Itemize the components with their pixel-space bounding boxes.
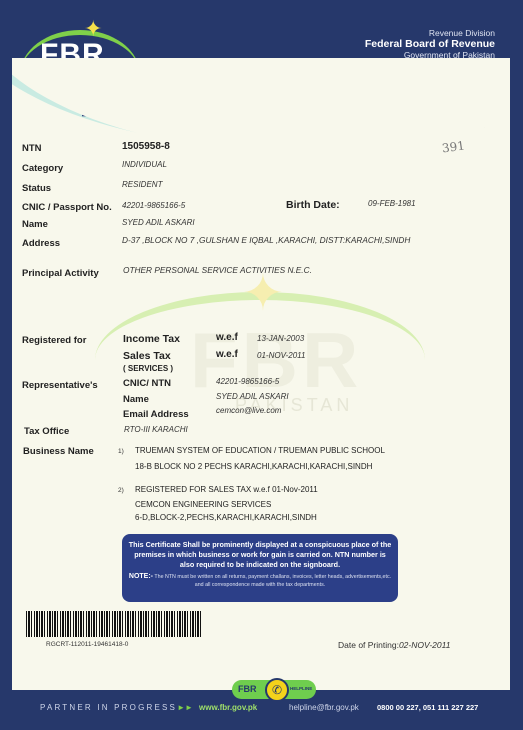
business-entry-line: REGISTERED FOR SALES TAX w.e.f 01-Nov-20… — [135, 485, 318, 494]
watermark-star-icon: ✦ — [242, 268, 284, 318]
org-header: Revenue Division Federal Board of Revenu… — [365, 28, 495, 60]
helpline-badge: FBR ✆ HELPLINE — [232, 680, 316, 699]
footer-website-link[interactable]: www.fbr.gov.pk — [199, 703, 257, 712]
representative-label: Representative's — [22, 380, 98, 391]
address-label: Address — [22, 238, 60, 249]
decorative-swoosh-inner — [12, 58, 510, 153]
footer-phones: 0800 00 227, 051 111 227 227 — [377, 703, 478, 712]
sales-tax-wef: w.e.f — [216, 349, 238, 360]
business-entry-number: 1) — [118, 448, 124, 455]
star-icon: ✦ — [84, 18, 102, 40]
notice-note: NOTE:- The NTN must be written on all re… — [122, 573, 398, 589]
tax-office-value: RTO-III KARACHI — [124, 425, 188, 434]
notice-main-text: This Certificate Shall be prominently di… — [122, 540, 398, 570]
category-label: Category — [22, 163, 63, 174]
cnic-label: CNIC / Passport No. — [22, 202, 112, 213]
barcode — [26, 611, 201, 637]
address-value: D-37 ,BLOCK NO 7 ,GULSHAN E IQBAL ,KARAC… — [122, 235, 410, 245]
footer-tagline: PARTNER IN PROGRESS►► — [40, 703, 193, 712]
division-text: Revenue Division — [365, 28, 495, 38]
org-name: Federal Board of Revenue — [365, 38, 495, 50]
rep-email-value: cemcon@live.com — [216, 406, 281, 415]
cnic-value: 42201-9865166-5 — [122, 201, 185, 210]
business-entry-line: 6-D,BLOCK-2,PECHS,KARACHI,KARACHI,SINDH — [135, 513, 317, 522]
business-name-label: Business Name — [23, 446, 94, 457]
principal-activity-value: OTHER PERSONAL SERVICE ACTIVITIES N.E.C. — [123, 265, 312, 275]
ntn-label: NTN — [22, 143, 42, 154]
rep-name-value: SYED ADIL ASKARI — [216, 392, 289, 401]
arrows-icon: ►► — [177, 703, 193, 712]
income-tax-date: 13-JAN-2003 — [257, 334, 304, 343]
footer-email-link[interactable]: helpline@fbr.gov.pk — [289, 703, 359, 712]
status-label: Status — [22, 183, 51, 194]
printing-label: Date of Printing: — [338, 640, 399, 650]
tax-office-label: Tax Office — [24, 426, 69, 437]
ntn-value: 1505958-8 — [122, 141, 170, 152]
certificate-frame: ✦ FBR PAKISTAN Revenue Division Federal … — [0, 0, 523, 730]
rep-cnic-label: CNIC/ NTN — [123, 378, 171, 389]
sales-tax-qualifier: ( SERVICES ) — [123, 364, 173, 373]
business-entry-number: 2) — [118, 487, 124, 494]
income-tax-label: Income Tax — [123, 333, 180, 345]
business-entry-line: 18-B BLOCK NO 2 PECHS KARACHI,KARACHI,KA… — [135, 462, 372, 471]
income-tax-wef: w.e.f — [216, 332, 238, 343]
business-entry-line: TRUEMAN SYSTEM OF EDUCATION / TRUEMAN PU… — [135, 446, 385, 455]
sales-tax-date: 01-NOV-2011 — [257, 351, 305, 360]
barcode-text: RGCRT-112011-19461418-0 — [46, 641, 128, 648]
notice-box: This Certificate Shall be prominently di… — [122, 534, 398, 602]
rep-email-label: Email Address — [123, 409, 189, 420]
rep-cnic-value: 42201-9865166-5 — [216, 377, 279, 386]
printing-value: 02-NOV-2011 — [399, 640, 451, 650]
category-value: INDIVIDUAL — [122, 160, 167, 169]
registered-for-label: Registered for — [22, 335, 86, 346]
note-label: NOTE:- — [129, 573, 153, 580]
phone-icon: ✆ — [265, 678, 289, 702]
sales-tax-label: Sales Tax — [123, 350, 171, 362]
date-of-printing: Date of Printing:02-NOV-2011 — [338, 640, 450, 650]
helpline-badge-left: FBR — [238, 684, 257, 694]
note-text: The NTN must be written on all returns, … — [154, 574, 391, 588]
principal-activity-label: Principal Activity — [22, 268, 99, 279]
business-entry-line: CEMCON ENGINEERING SERVICES — [135, 500, 271, 509]
name-label: Name — [22, 219, 48, 230]
helpline-badge-right: HELPLINE — [290, 686, 312, 691]
rep-name-label: Name — [123, 394, 149, 405]
birth-date-label: Birth Date: — [286, 199, 340, 211]
name-value: SYED ADIL ASKARI — [122, 218, 195, 227]
birth-date-value: 09-FEB-1981 — [368, 199, 416, 208]
status-value: RESIDENT — [122, 180, 162, 189]
